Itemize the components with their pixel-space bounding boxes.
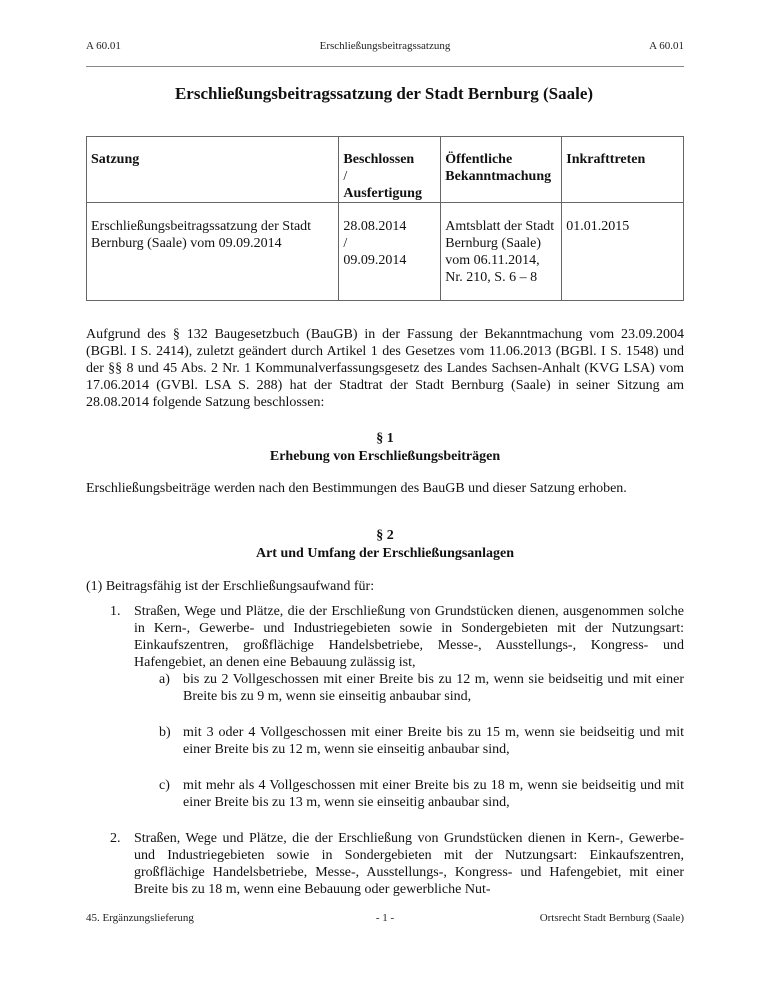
column-header-bekanntmachung: Öffentliche Bekanntmachung: [441, 137, 562, 203]
section-title: Art und Umfang der Erschließungsanlagen: [86, 545, 684, 563]
section-number: § 1: [86, 430, 684, 448]
header-rule: [86, 66, 684, 67]
section-2-paragraph-1: (1) Beitragsfähig ist der Erschließungsa…: [86, 578, 684, 595]
document-title: Erschließungsbeitragssatzung der Stadt B…: [0, 84, 768, 104]
running-header: A 60.01 Erschließungsbeitragssatzung A 6…: [86, 40, 684, 56]
document-page: A 60.01 Erschließungsbeitragssatzung A 6…: [0, 0, 768, 994]
list-item: 1. Straßen, Wege und Plätze, die der Ers…: [134, 603, 684, 671]
list-item-text: Straßen, Wege und Plätze, die der Erschl…: [134, 831, 684, 897]
list-marker: a): [159, 671, 170, 688]
list-marker: b): [159, 724, 171, 741]
list-marker: c): [159, 777, 170, 794]
section-2-heading: § 2 Art und Umfang der Erschließungsanla…: [86, 527, 684, 563]
cell-satzung: Erschließungsbeitragssatzung der Stadt B…: [87, 203, 339, 301]
list-item-text: mit mehr als 4 Vollgeschossen mit einer …: [183, 778, 684, 810]
section-number: § 2: [86, 527, 684, 545]
cell-bekanntmachung: Amtsblatt der Stadt Bernburg (Saale) vom…: [441, 203, 562, 301]
table-row: Erschließungsbeitragssatzung der Stadt B…: [87, 203, 684, 301]
footer-collection: Ortsrecht Stadt Bernburg (Saale): [540, 912, 684, 924]
list-item-text: mit 3 oder 4 Vollgeschossen mit einer Br…: [183, 725, 684, 757]
list-marker: 2.: [110, 830, 121, 847]
sub-list-item: b) mit 3 oder 4 Vollgeschossen mit einer…: [183, 724, 684, 758]
table-header-row: Satzung Beschlossen / Ausfertigung Öffen…: [87, 137, 684, 203]
list-item-text: bis zu 2 Vollgeschossen mit einer Breite…: [183, 672, 684, 704]
column-header-satzung: Satzung: [87, 137, 339, 203]
column-header-beschlossen: Beschlossen / Ausfertigung: [339, 137, 441, 203]
section-title: Erhebung von Erschließungsbeiträgen: [86, 448, 684, 466]
column-header-inkrafttreten: Inkrafttreten: [562, 137, 684, 203]
list-item: 2. Straßen, Wege und Plätze, die der Ers…: [134, 830, 684, 898]
cell-inkrafttreten: 01.01.2015: [562, 203, 684, 301]
section-1-heading: § 1 Erhebung von Erschließungsbeiträgen: [86, 430, 684, 466]
preamble-paragraph: Aufgrund des § 132 Baugesetzbuch (BauGB)…: [86, 326, 684, 411]
list-item-text: Straßen, Wege und Plätze, die der Erschl…: [134, 604, 684, 670]
section-1-text: Erschließungsbeiträge werden nach den Be…: [86, 480, 684, 497]
sub-list-item: a) bis zu 2 Vollgeschossen mit einer Bre…: [183, 671, 684, 705]
cell-beschlossen: 28.08.2014 / 09.09.2014: [339, 203, 441, 301]
sub-list-item: c) mit mehr als 4 Vollgeschossen mit ein…: [183, 777, 684, 811]
header-right-code: A 60.01: [649, 40, 684, 52]
list-marker: 1.: [110, 603, 121, 620]
statute-metadata-table: Satzung Beschlossen / Ausfertigung Öffen…: [86, 136, 684, 301]
header-center-title: Erschließungsbeitragssatzung: [86, 40, 684, 52]
running-footer: 45. Ergänzungslieferung - 1 - Ortsrecht …: [86, 912, 684, 928]
